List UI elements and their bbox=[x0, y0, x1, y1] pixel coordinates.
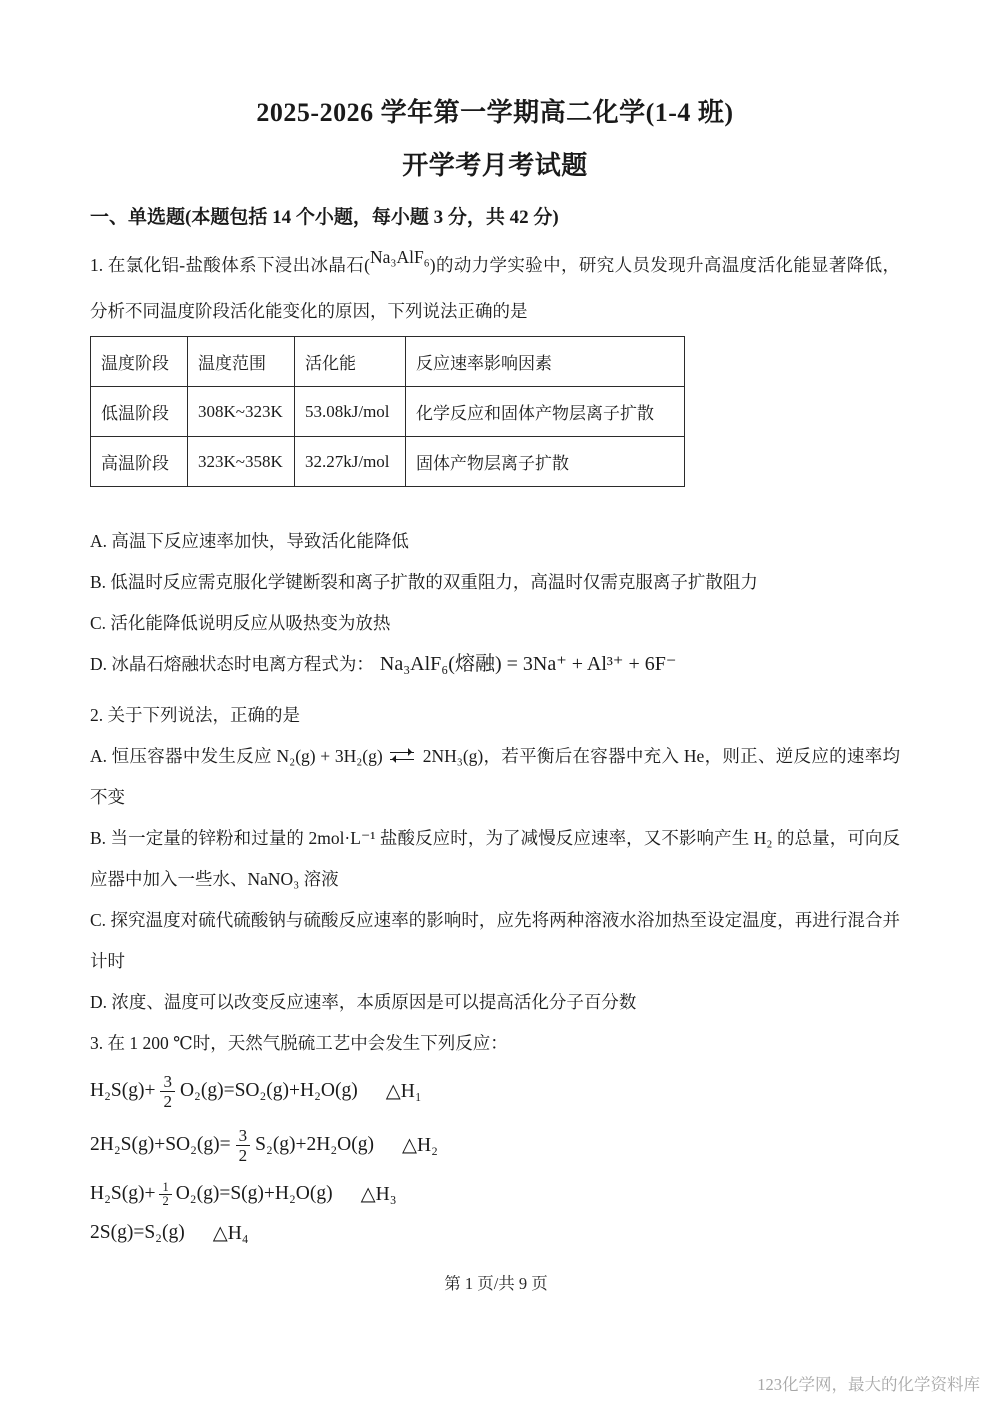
fraction: 32 bbox=[236, 1126, 251, 1165]
equation-text: 2H₂S(g)+SO₂(g)= bbox=[90, 1134, 231, 1156]
equation-text: O₂(g)=SO₂(g)+H₂O(g) bbox=[180, 1080, 358, 1102]
exam-page: 2025-2026 学年第一学期高二化学(1-4 班) 开学考月考试题 一、单选… bbox=[0, 0, 992, 1403]
q2-option-a-pre: A. 恒压容器中发生反应 bbox=[90, 746, 272, 766]
section-heading: 一、单选题(本题包括 14 个小题，每小题 3 分，共 42 分) bbox=[90, 204, 900, 231]
equation-text: H₂S(g)+ bbox=[90, 1183, 155, 1205]
table-cell: 53.08kJ/mol bbox=[295, 387, 406, 437]
q3-equation-4: 2S(g)=S₂(g)△H₄ bbox=[90, 1216, 900, 1250]
equilibrium-arrows-icon bbox=[388, 748, 418, 764]
q1-stem-pre: 1. 在氯化铝-盐酸体系下浸出冰晶石( bbox=[90, 255, 370, 275]
table-header-cell: 反应速率影响因素 bbox=[406, 337, 685, 387]
delta-h-label: △H₄ bbox=[213, 1221, 249, 1245]
delta-h-label: △H₃ bbox=[361, 1182, 397, 1206]
fraction-numerator: 1 bbox=[159, 1181, 171, 1195]
q2-option-a: A. 恒压容器中发生反应 N₂(g) + 3H₂(g)2NH₃(g)，若平衡后在… bbox=[90, 736, 900, 818]
q1-options: A. 高温下反应速率加快，导致活化能降低 B. 低温时反应需克服化学键断裂和离子… bbox=[90, 521, 900, 685]
table-cell: 308K~323K bbox=[188, 387, 295, 437]
table-header-row: 温度阶段 温度范围 活化能 反应速率影响因素 bbox=[91, 337, 685, 387]
table-header-cell: 温度阶段 bbox=[91, 337, 188, 387]
fraction-numerator: 3 bbox=[160, 1072, 175, 1092]
q2-reaction-right: 2NH₃(g) bbox=[423, 746, 484, 766]
q2-option-c: C. 探究温度对硫代硫酸钠与硫酸反应速率的影响时，应先将两种溶液水浴加热至设定温… bbox=[90, 900, 900, 982]
q1-option-b: B. 低温时反应需克服化学键断裂和离子扩散的双重阻力，高温时仅需克服离子扩散阻力 bbox=[90, 562, 900, 603]
q2-option-d: D. 浓度、温度可以改变反应速率，本质原因是可以提高活化分子百分数 bbox=[90, 982, 900, 1023]
q3-equation-3: H₂S(g)+12O₂(g)=S(g)+H₂O(g)△H₃ bbox=[90, 1172, 900, 1216]
fraction-denominator: 2 bbox=[159, 1195, 171, 1208]
table-cell: 323K~358K bbox=[188, 437, 295, 487]
table-cell: 低温阶段 bbox=[91, 387, 188, 437]
q1-cryolite-formula: Na₃AlF₆ bbox=[370, 247, 430, 267]
q1-option-a: A. 高温下反应速率加快，导致活化能降低 bbox=[90, 521, 900, 562]
table-row: 高温阶段 323K~358K 32.27kJ/mol 固体产物层离子扩散 bbox=[91, 437, 685, 487]
table-header-cell: 活化能 bbox=[295, 337, 406, 387]
exam-title-line2: 开学考月考试题 bbox=[90, 149, 900, 183]
q2-reaction-left: N₂(g) + 3H₂(g) bbox=[276, 746, 382, 766]
equation-text: O₂(g)=S(g)+H₂O(g) bbox=[176, 1183, 333, 1205]
fraction-denominator: 2 bbox=[236, 1146, 251, 1165]
q1-activation-energy-table: 温度阶段 温度范围 活化能 反应速率影响因素 低温阶段 308K~323K 53… bbox=[90, 336, 685, 487]
fraction-numerator: 3 bbox=[236, 1126, 251, 1146]
q1-option-d-text: D. 冰晶石熔融状态时电离方程式为： bbox=[90, 654, 374, 674]
question-2-stem: 2. 关于下列说法，正确的是 bbox=[90, 695, 900, 736]
delta-h-label: △H₂ bbox=[402, 1133, 438, 1157]
exam-title-line1: 2025-2026 学年第一学期高二化学(1-4 班) bbox=[90, 96, 900, 130]
equation-text: 2S(g)=S₂(g) bbox=[90, 1222, 185, 1244]
table-cell: 化学反应和固体产物层离子扩散 bbox=[406, 387, 685, 437]
fraction: 12 bbox=[159, 1181, 171, 1208]
table-cell: 固体产物层离子扩散 bbox=[406, 437, 685, 487]
site-watermark: 123化学网，最大的化学资料库 bbox=[757, 1371, 980, 1395]
table-cell: 32.27kJ/mol bbox=[295, 437, 406, 487]
q3-equation-2: 2H₂S(g)+SO₂(g)=32S₂(g)+2H₂O(g)△H₂ bbox=[90, 1118, 900, 1172]
delta-h-label: △H₁ bbox=[386, 1079, 422, 1103]
equation-text: S₂(g)+2H₂O(g) bbox=[255, 1134, 374, 1156]
q1-option-c: C. 活化能降低说明反应从吸热变为放热 bbox=[90, 603, 900, 644]
table-cell: 高温阶段 bbox=[91, 437, 188, 487]
q3-equation-1: H₂S(g)+32O₂(g)=SO₂(g)+H₂O(g)△H₁ bbox=[90, 1064, 900, 1118]
harpoon-bottom bbox=[390, 759, 414, 760]
fraction: 32 bbox=[160, 1072, 175, 1111]
harpoon-top bbox=[390, 752, 414, 753]
page-content: 2025-2026 学年第一学期高二化学(1-4 班) 开学考月考试题 一、单选… bbox=[0, 0, 992, 1250]
table-row: 低温阶段 308K~323K 53.08kJ/mol 化学反应和固体产物层离子扩… bbox=[91, 387, 685, 437]
fraction-denominator: 2 bbox=[160, 1092, 175, 1111]
table-header-cell: 温度范围 bbox=[188, 337, 295, 387]
question-1-stem: 1. 在氯化铝-盐酸体系下浸出冰晶石(Na₃AlF₆)的动力学实验中，研究人员发… bbox=[90, 242, 900, 334]
q1-option-d: D. 冰晶石熔融状态时电离方程式为：Na₃AlF₆(熔融) = 3Na⁺ + A… bbox=[90, 644, 900, 685]
question-3-stem: 3. 在 1 200 ℃时，天然气脱硫工艺中会发生下列反应： bbox=[90, 1023, 900, 1064]
q2-option-b: B. 当一定量的锌粉和过量的 2mol·L⁻¹ 盐酸反应时，为了减慢反应速率，又… bbox=[90, 818, 900, 900]
equation-text: H₂S(g)+ bbox=[90, 1080, 155, 1102]
page-number: 第 1 页/共 9 页 bbox=[0, 1270, 992, 1294]
q1-option-d-ionization-equation: Na₃AlF₆(熔融) = 3Na⁺ + Al³⁺ + 6F⁻ bbox=[380, 653, 677, 675]
q3-equations: H₂S(g)+32O₂(g)=SO₂(g)+H₂O(g)△H₁ 2H₂S(g)+… bbox=[90, 1064, 900, 1250]
